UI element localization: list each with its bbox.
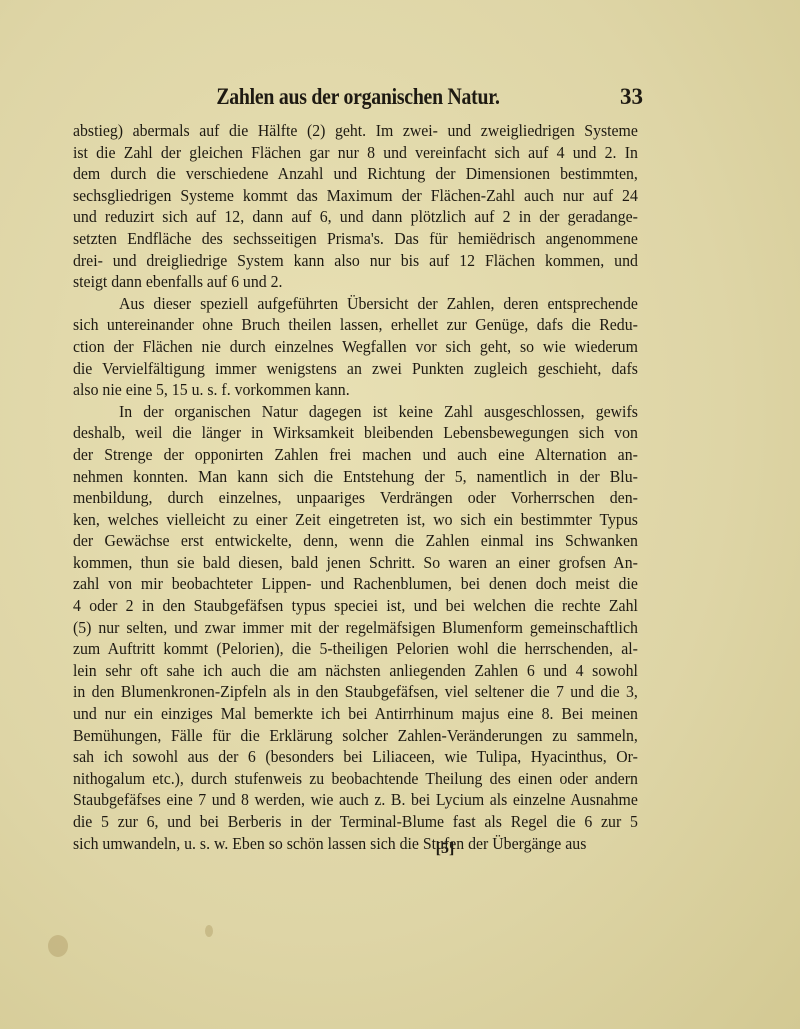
text-line: der Gewächse erst entwickelte, denn, wen… <box>73 530 638 552</box>
text-line: 4 oder 2 in den Staubgefäfsen typus spec… <box>73 595 638 617</box>
text-line: drei- und dreigliedrige System kann also… <box>73 250 638 272</box>
text-line: die 5 zur 6, und bei Berberis in der Ter… <box>73 811 638 833</box>
paragraph-start: In der organischen Natur dagegen ist kei… <box>73 401 638 423</box>
paragraph-start: Aus dieser speziell aufgeführten Übersic… <box>73 293 638 315</box>
text-line: ist die Zahl der gleichen Flächen gar nu… <box>73 142 638 164</box>
text-line: ction der Flächen nie durch einzelnes We… <box>73 336 638 358</box>
body-text: abstieg) abermals auf die Hälfte (2) geh… <box>73 120 638 854</box>
text-line: sich untereinander ohne Bruch theilen la… <box>73 314 638 336</box>
text-line: sah ich sowohl aus der 6 (besonders bei … <box>73 746 638 768</box>
text-line: nithogalum etc.), durch stufenweis zu be… <box>73 768 638 790</box>
text-line: ken, welches vielleicht zu einer Zeit ei… <box>73 509 638 531</box>
text-line: zum Auftritt kommt (Pelorien), die 5-the… <box>73 638 638 660</box>
text-line: und nur ein einziges Mal bemerkte ich be… <box>73 703 638 725</box>
text-line: deshalb, weil die länger in Wirksamkeit … <box>73 422 638 444</box>
text-line: kommen, thun sie bald diesen, bald jenen… <box>73 552 638 574</box>
text-line: abstieg) abermals auf die Hälfte (2) geh… <box>73 120 638 142</box>
text-line: nehmen konnten. Man kann sich die Entste… <box>73 466 638 488</box>
foxing-stain <box>205 925 213 937</box>
text-line: und reduzirt sich auf 12, dann auf 6, un… <box>73 206 638 228</box>
text-line: in den Blumenkronen-Zipfeln als in den S… <box>73 681 638 703</box>
text-line: steigt dann ebenfalls auf 6 und 2. <box>73 271 638 293</box>
text-line: zahl von mir beobachteter Lippen- und Ra… <box>73 573 638 595</box>
text-line: Bemühungen, Fälle für die Erklärung solc… <box>73 725 638 747</box>
page-number: 33 <box>620 84 643 110</box>
text-line: sechsgliedrigen Systeme kommt das Maximu… <box>73 185 638 207</box>
text-line: also nie eine 5, 15 u. s. f. vorkommen k… <box>73 379 638 401</box>
book-page: Zahlen aus der organischen Natur. 33 abs… <box>0 0 800 1029</box>
text-line: die Vervielfältigung immer wenigstens an… <box>73 358 638 380</box>
text-line: dem durch die verschiedene Anzahl und Ri… <box>73 163 638 185</box>
text-line: Staubgefäfses eine 7 und 8 werden, wie a… <box>73 789 638 811</box>
text-line: setzten Endfläche des sechsseitigen Pris… <box>73 228 638 250</box>
printer-signature-mark: [5] <box>0 840 800 858</box>
running-header: Zahlen aus der organischen Natur. 33 <box>73 84 643 114</box>
text-line: (5) nur selten, und zwar immer mit der r… <box>73 617 638 639</box>
text-line: menbildung, durch einzelnes, unpaariges … <box>73 487 638 509</box>
running-title: Zahlen aus der organischen Natur. <box>113 84 603 110</box>
text-line: der Strenge der opponirten Zahlen frei m… <box>73 444 638 466</box>
text-line: lein sehr oft sahe ich auch die am nächs… <box>73 660 638 682</box>
foxing-stain <box>48 935 68 957</box>
